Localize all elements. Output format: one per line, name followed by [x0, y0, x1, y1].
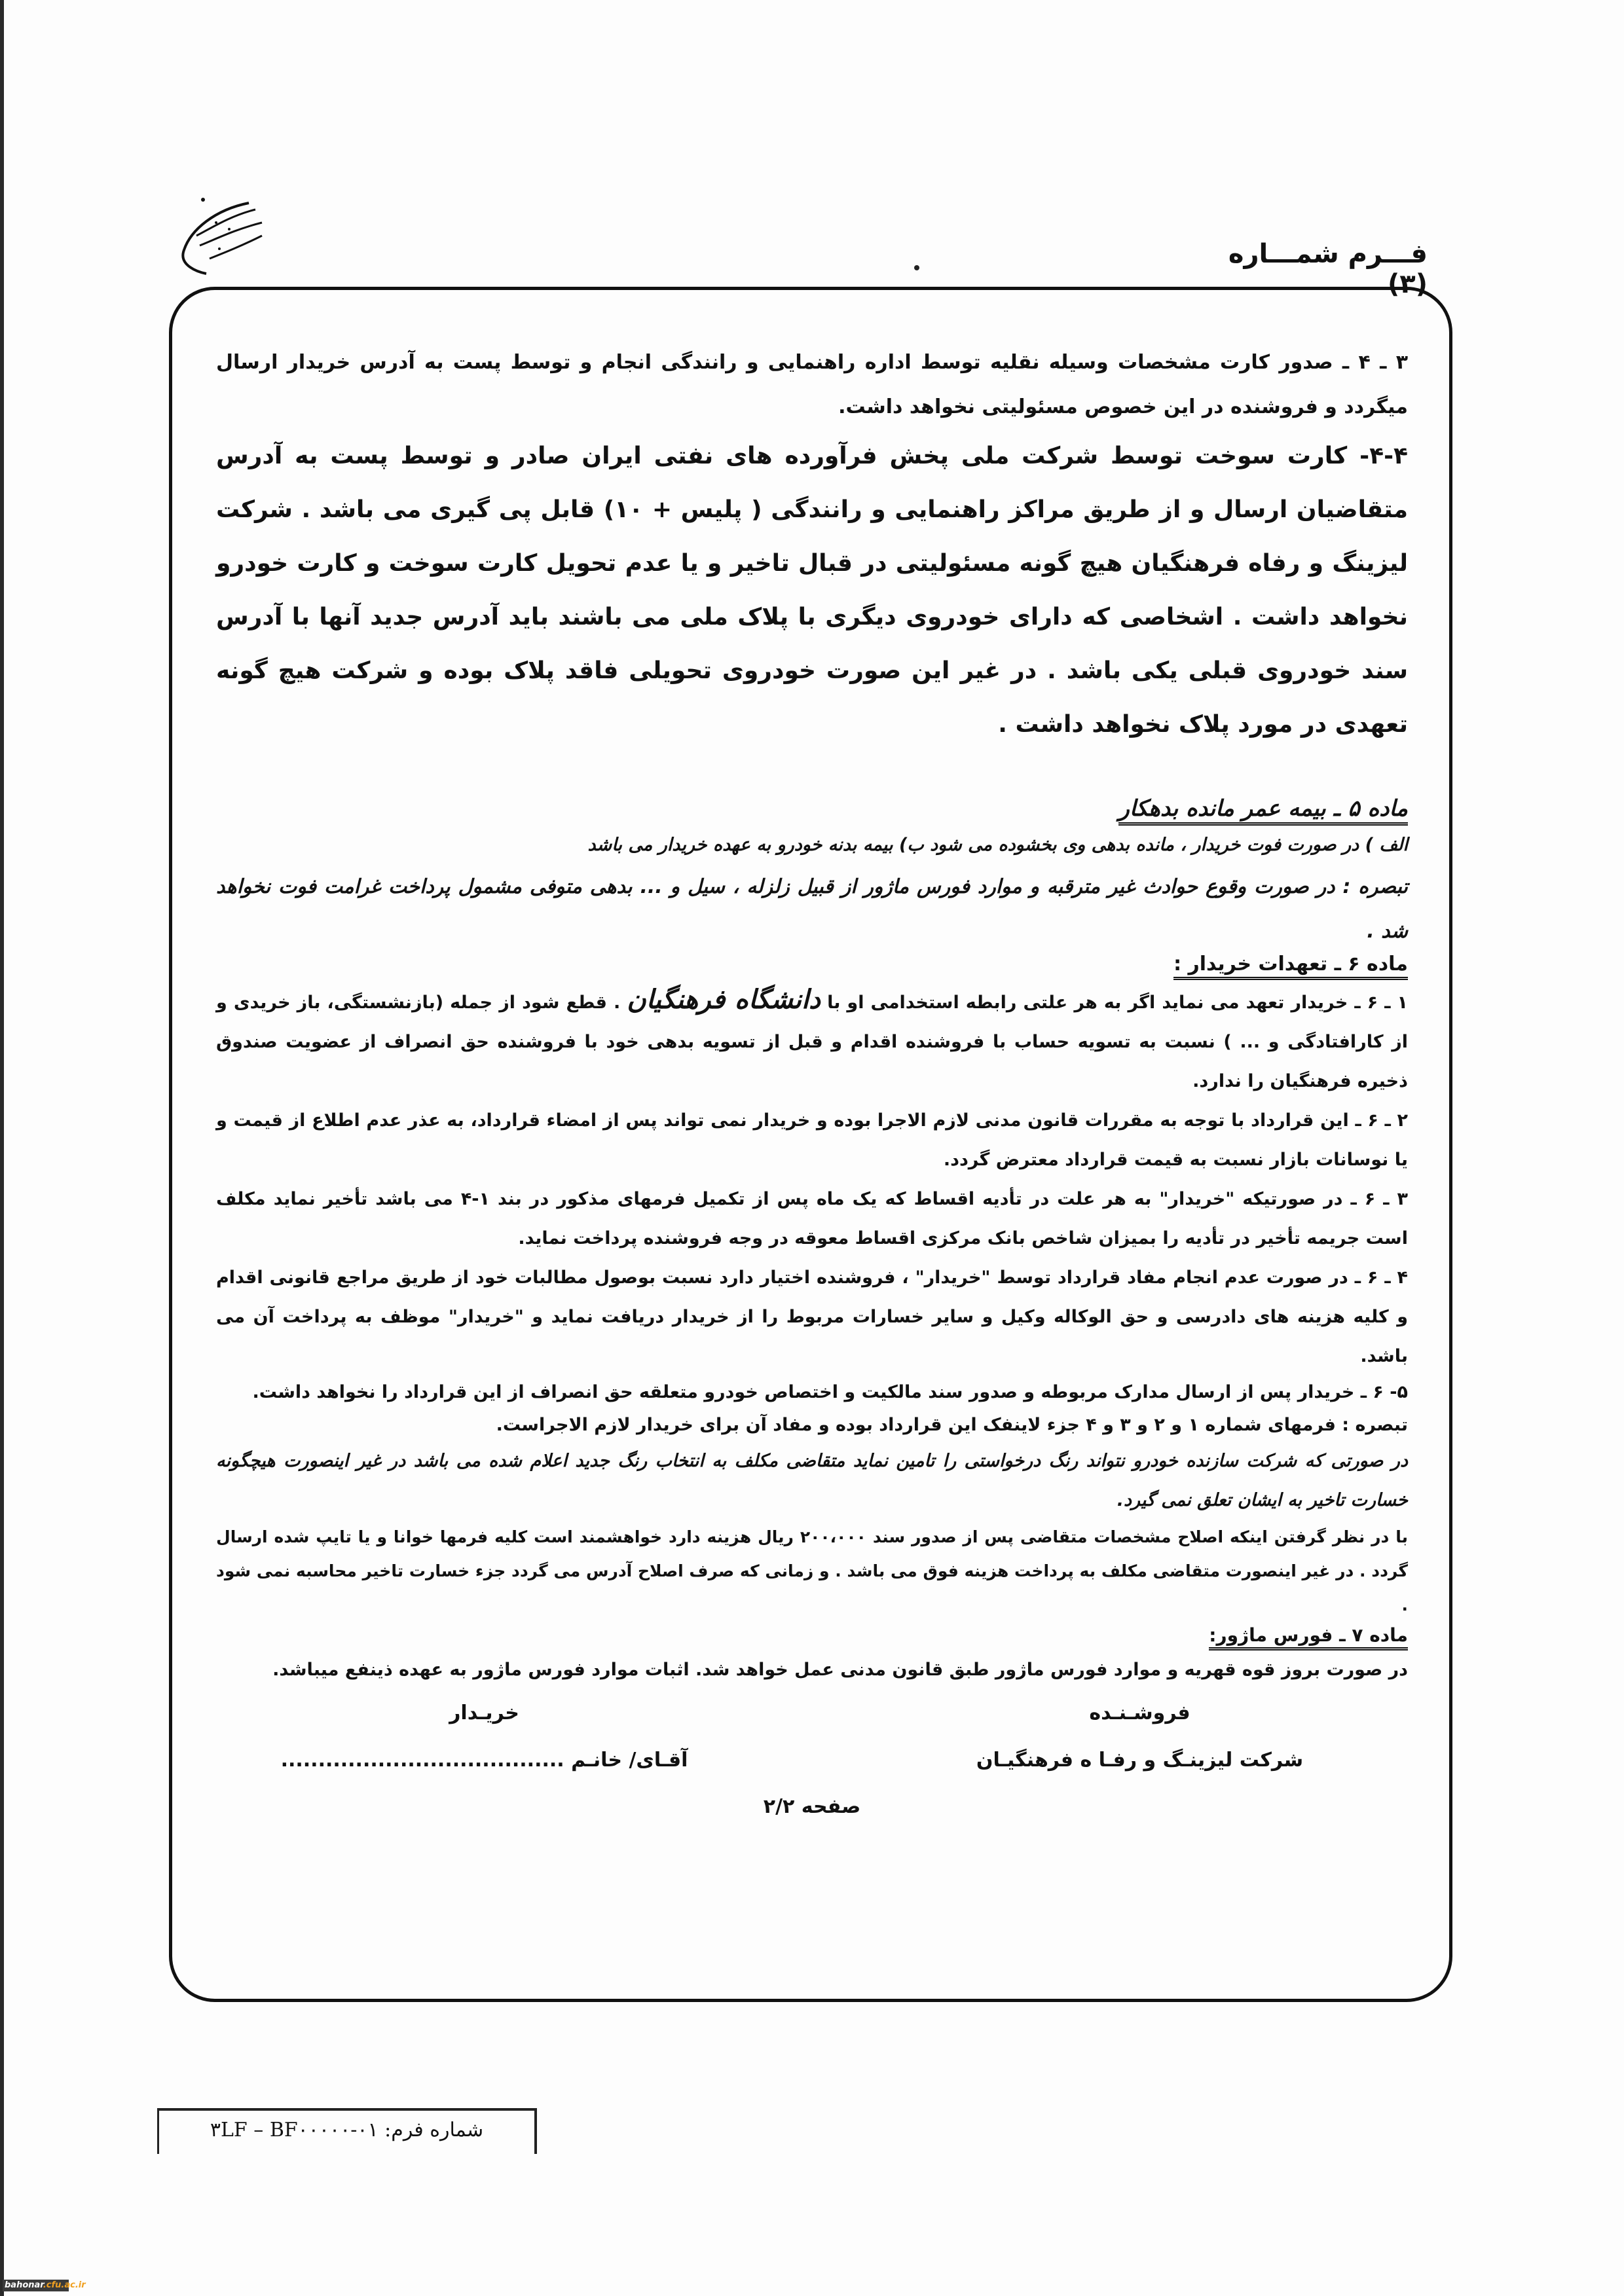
page-number: صفحه ۲/۲: [216, 1797, 1408, 1817]
watermark-prefix: bahonar: [5, 2280, 43, 2290]
calligraphy-logo-icon: [170, 190, 268, 275]
article-7-heading: ماده ۷ ـ فورس ماژور:: [1209, 1626, 1408, 1650]
signature-block: فروشـنـده شرکت لیزینـگ و رفـا ه فرهنگیـا…: [216, 1690, 1408, 1784]
document-body: ۳ ـ ۴ ـ صدور کارت مشخصات وسیله نقلیه توس…: [216, 340, 1408, 1817]
article-6-note-2: در صورتی که شرکت سازنده خودرو نتواند رنگ…: [216, 1442, 1408, 1520]
clause-3-4: ۳ ـ ۴ ـ صدور کارت مشخصات وسیله نقلیه توس…: [216, 340, 1408, 429]
watermark-domain: .cfu.ac.ir: [43, 2280, 86, 2290]
article-6-item-3: ۳ ـ ۶ ـ در صورتیکه "خریدار" به هر علت در…: [216, 1180, 1408, 1258]
article-6-item-2: ۲ ـ ۶ ـ این قرارداد با توجه به مقررات قا…: [216, 1101, 1408, 1180]
article-5-note: تبصره : در صورت وقوع حوادث غیر مترقبه و …: [216, 865, 1408, 954]
form-number-box: شماره فرم: ۰۱-۳LF – BF۰۰۰۰۰: [157, 2108, 537, 2154]
seller-label: فروشـنـده: [872, 1690, 1408, 1737]
scan-edge: [0, 0, 4, 2296]
article-7-text: در صورت بروز قوه قهریه و موارد فورس ماژو…: [216, 1650, 1408, 1690]
buyer-label: خریـدار: [216, 1690, 752, 1737]
handwritten-employer: دانشگاه فرهنگیان: [627, 984, 821, 1015]
article-6-item-4: ۴ ـ ۶ ـ در صورت عدم انجام مفاد قرارداد ت…: [216, 1258, 1408, 1376]
article-6-item-1: ۱ ـ ۶ ـ خریدار تعهد می نماید اگر به هر ع…: [216, 980, 1408, 1101]
article-6-heading: ماده ۶ ـ تعهدات خریدار :: [1173, 955, 1408, 980]
article-6-note-1: تبصره : فرمهای شماره ۱ و ۲ و ۳ و ۴ جزء ل…: [216, 1409, 1408, 1442]
clause-4-4: ۴-۴- کارت سوخت توسط شرکت ملی پخش فرآورده…: [216, 429, 1408, 752]
article-5-clause: الف ) در صورت فوت خریدار ، مانده بدهی وی…: [216, 826, 1408, 865]
site-watermark: bahonar.cfu.ac.ir: [3, 2280, 69, 2291]
buyer-name-field: آقـای/ خانـم ...........................…: [216, 1737, 752, 1784]
buyer-signature: خریـدار آقـای/ خانـم ...................…: [216, 1690, 752, 1784]
item-1-text-start: ۱ ـ ۶ ـ خریدار تعهد می نماید اگر به هر ع…: [827, 993, 1408, 1013]
article-5-heading: ماده ۵ ـ بیمه عمر مانده بدهکار: [1118, 797, 1408, 826]
article-6-note-3: با در نظر گرفتن اینکه اصلاح مشخصات متقاض…: [216, 1520, 1408, 1622]
seller-name: شرکت لیزینـگ و رفـا ه فرهنگیـان: [872, 1737, 1408, 1784]
scan-dot: [914, 265, 919, 270]
article-6-item-5: ۵- ۶ ـ خریدار پس از ارسال مدارک مربوطه و…: [216, 1376, 1408, 1409]
seller-signature: فروشـنـده شرکت لیزینـگ و رفـا ه فرهنگیـا…: [872, 1690, 1408, 1784]
